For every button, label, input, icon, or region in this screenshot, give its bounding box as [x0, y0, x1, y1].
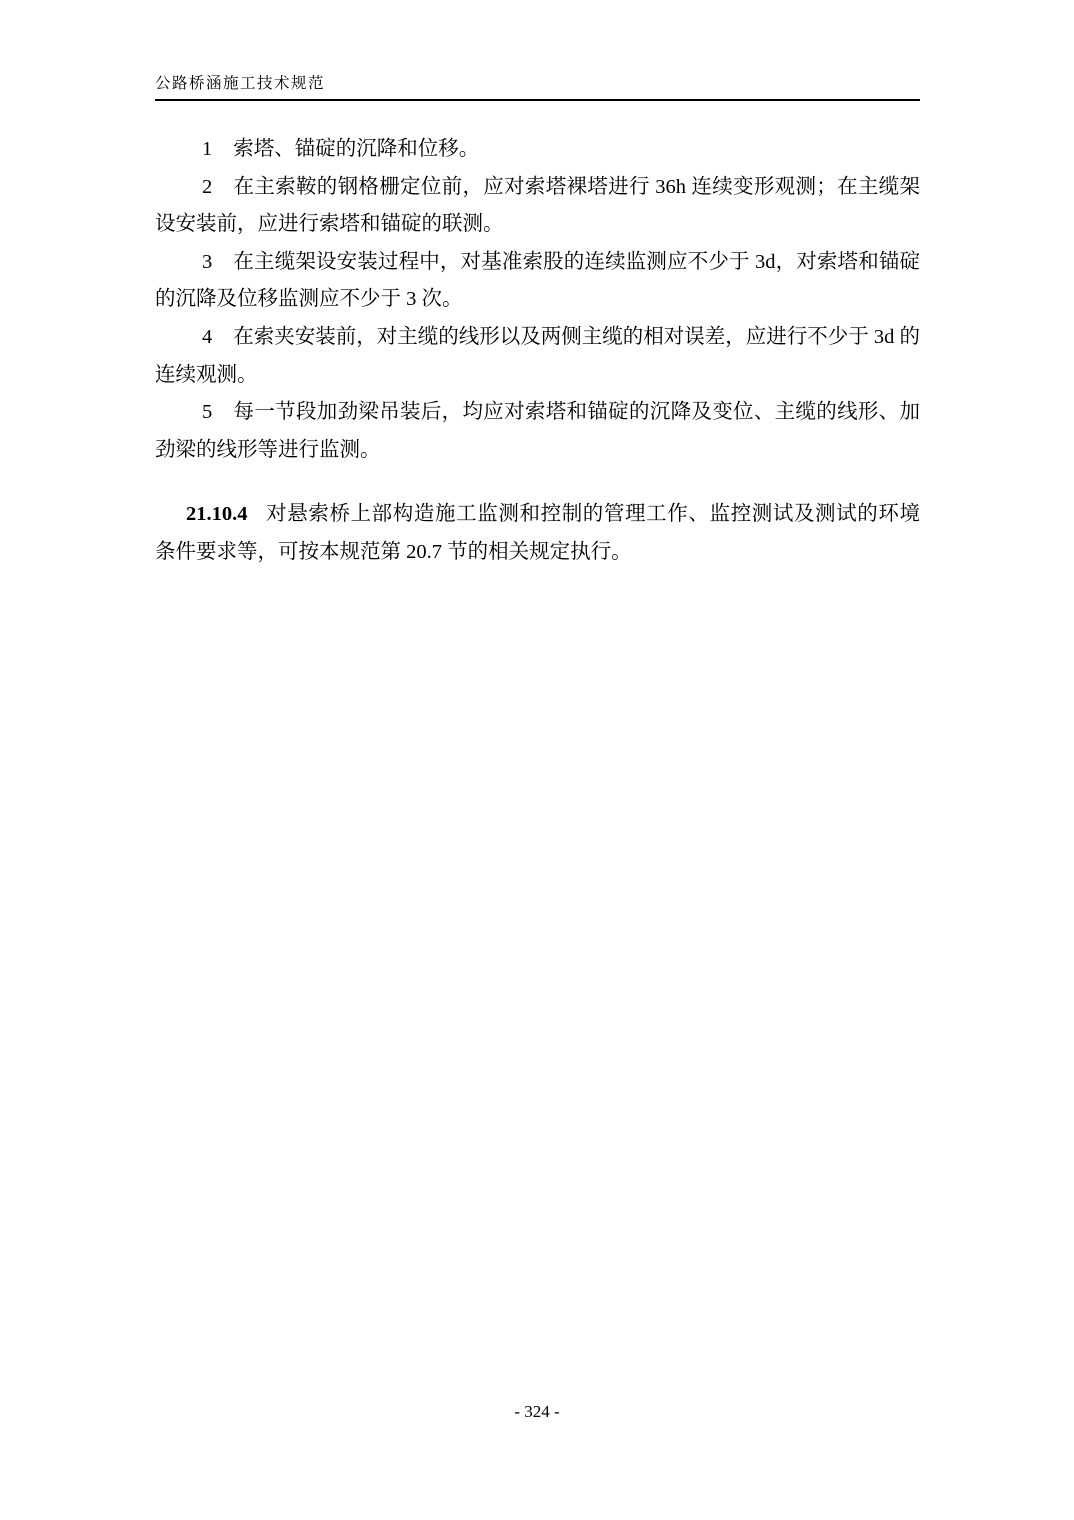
clause-item-5: 5每一节段加劲梁吊装后，均应对索塔和锚碇的沉降及变位、主缆的线形、加劲梁的线形等…: [155, 394, 920, 469]
running-head-title: 公路桥涵施工技术规范: [155, 75, 920, 93]
section-number: 21.10.4: [186, 503, 248, 525]
page-number: - 324 -: [514, 1402, 559, 1421]
clause-text: 每一节段加劲梁吊装后，均应对索塔和锚碇的沉降及变位、主缆的线形、加劲梁的线形等进…: [155, 401, 920, 461]
section-paragraph: 21.10.4对悬索桥上部构造施工监测和控制的管理工作、监控测试及测试的环境条件…: [155, 496, 920, 571]
page-body: 1索塔、锚碇的沉降和位移。 2在主索鞍的钢格栅定位前，应对索塔裸塔进行 36h …: [155, 131, 920, 572]
clause-number: 1: [202, 138, 212, 160]
clause-text: 在索夹安装前，对主缆的线形以及两侧主缆的相对误差，应进行不少于 3d 的连续观测…: [155, 326, 920, 386]
clause-text: 在主索鞍的钢格栅定位前，应对索塔裸塔进行 36h 连续变形观测；在主缆架设安装前…: [155, 176, 920, 236]
clause-item-3: 3在主缆架设安装过程中，对基准索股的连续监测应不少于 3d，对索塔和锚碇的沉降及…: [155, 244, 920, 319]
clause-number: 2: [202, 176, 212, 198]
clause-text: 在主缆架设安装过程中，对基准索股的连续监测应不少于 3d，对索塔和锚碇的沉降及位…: [155, 251, 920, 311]
clause-text: 索塔、锚碇的沉降和位移。: [233, 138, 479, 160]
clause-item-4: 4在索夹安装前，对主缆的线形以及两侧主缆的相对误差，应进行不少于 3d 的连续观…: [155, 319, 920, 394]
clause-number: 3: [202, 251, 212, 273]
page-header: 公路桥涵施工技术规范: [155, 75, 920, 101]
clause-number: 4: [202, 326, 212, 348]
section-text: 对悬索桥上部构造施工监测和控制的管理工作、监控测试及测试的环境条件要求等，可按本…: [155, 503, 920, 563]
page-footer: - 324 -: [0, 1402, 1074, 1422]
document-page: 公路桥涵施工技术规范 1索塔、锚碇的沉降和位移。 2在主索鞍的钢格栅定位前，应对…: [0, 0, 1074, 1520]
clause-item-1: 1索塔、锚碇的沉降和位移。: [155, 131, 920, 169]
clause-number: 5: [202, 401, 212, 423]
clause-item-2: 2在主索鞍的钢格栅定位前，应对索塔裸塔进行 36h 连续变形观测；在主缆架设安装…: [155, 169, 920, 244]
